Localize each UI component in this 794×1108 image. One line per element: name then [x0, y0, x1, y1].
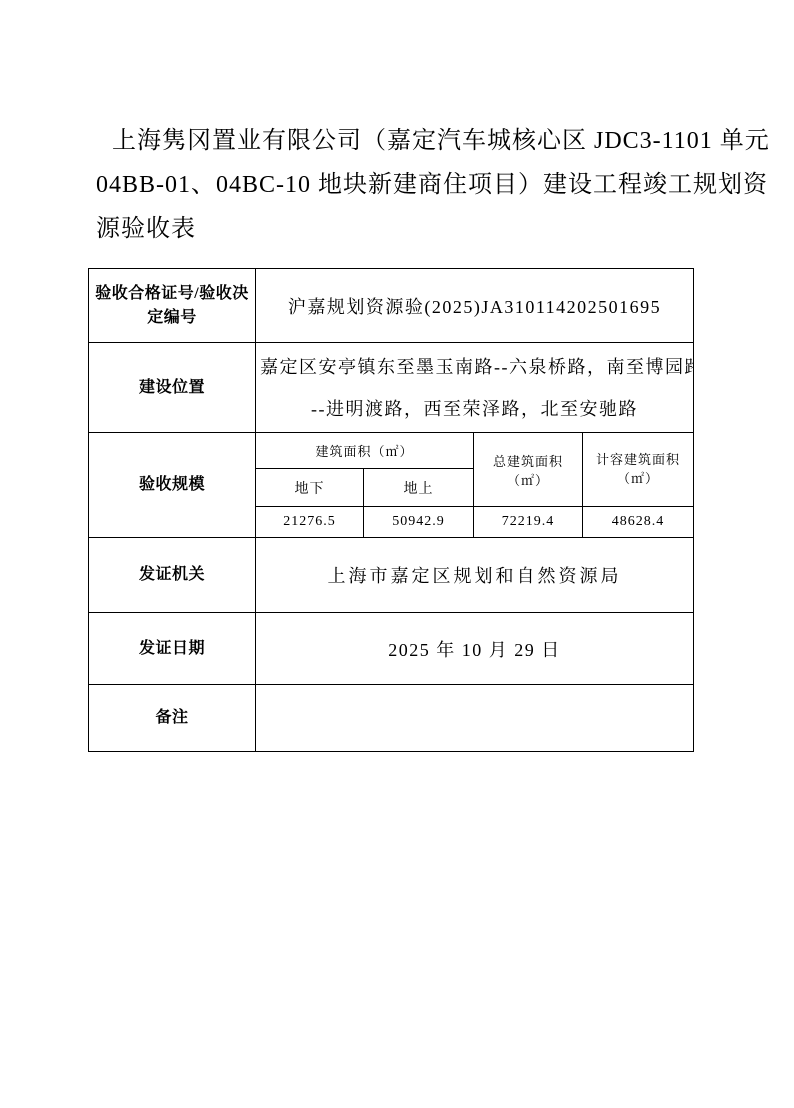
scale-capacity-header-line-1: 计容建筑面积 [587, 449, 689, 468]
document-title: 上海隽冈置业有限公司（嘉定汽车城核心区 JDC3-1101 单元 04BB-01… [96, 119, 696, 251]
scale-capacity-value: 48628.4 [583, 507, 694, 538]
scale-label: 验收规模 [89, 433, 256, 538]
issue-date-label: 发证日期 [89, 613, 256, 685]
cert-value: 沪嘉规划资源验(2025)JA310114202501695 [256, 269, 694, 343]
location-label: 建设位置 [89, 343, 256, 433]
authority-row: 发证机关 上海市嘉定区规划和自然资源局 [89, 538, 694, 613]
remarks-row: 备注 [89, 685, 694, 752]
title-line-2: 04BB-01、04BC-10 地块新建商住项目）建设工程竣工规划资 [96, 163, 696, 207]
scale-underground-value: 21276.5 [256, 507, 364, 538]
scale-total-value: 72219.4 [474, 507, 583, 538]
issue-date-row: 发证日期 2025 年 10 月 29 日 [89, 613, 694, 685]
scale-capacity-header-line-2: （㎡） [587, 468, 689, 490]
scale-aboveground-header: 地上 [364, 469, 474, 507]
authority-value: 上海市嘉定区规划和自然资源局 [256, 538, 694, 613]
authority-label: 发证机关 [89, 538, 256, 613]
location-row: 建设位置 嘉定区安亭镇东至墨玉南路--六泉桥路，南至博园路 --进明渡路，西至荣… [89, 343, 694, 433]
document-page: 上海隽冈置业有限公司（嘉定汽车城核心区 JDC3-1101 单元 04BB-01… [0, 0, 794, 1108]
title-line-3: 源验收表 [96, 207, 696, 251]
location-value-line-1: 嘉定区安亭镇东至墨玉南路--六泉桥路，南至博园路 [260, 346, 689, 388]
title-line-1: 上海隽冈置业有限公司（嘉定汽车城核心区 JDC3-1101 单元 [96, 119, 696, 163]
acceptance-table: 验收合格证号/验收决定编号 沪嘉规划资源验(2025)JA31011420250… [88, 268, 694, 752]
cert-row: 验收合格证号/验收决定编号 沪嘉规划资源验(2025)JA31011420250… [89, 269, 694, 343]
cert-label: 验收合格证号/验收决定编号 [89, 269, 256, 343]
scale-capacity-header: 计容建筑面积 （㎡） [583, 433, 694, 507]
scale-underground-header: 地下 [256, 469, 364, 507]
remarks-label: 备注 [89, 685, 256, 752]
scale-area-header: 建筑面积（㎡） [256, 433, 474, 469]
scale-row-header: 验收规模 建筑面积（㎡） 总建筑面积（㎡） 计容建筑面积 （㎡） [89, 433, 694, 469]
location-value-line-2: --进明渡路，西至荣泽路，北至安驰路 [260, 388, 689, 430]
location-value: 嘉定区安亭镇东至墨玉南路--六泉桥路，南至博园路 --进明渡路，西至荣泽路，北至… [256, 343, 694, 433]
issue-date-value: 2025 年 10 月 29 日 [256, 613, 694, 685]
scale-total-header: 总建筑面积（㎡） [474, 433, 583, 507]
scale-aboveground-value: 50942.9 [364, 507, 474, 538]
remarks-value [256, 685, 694, 752]
